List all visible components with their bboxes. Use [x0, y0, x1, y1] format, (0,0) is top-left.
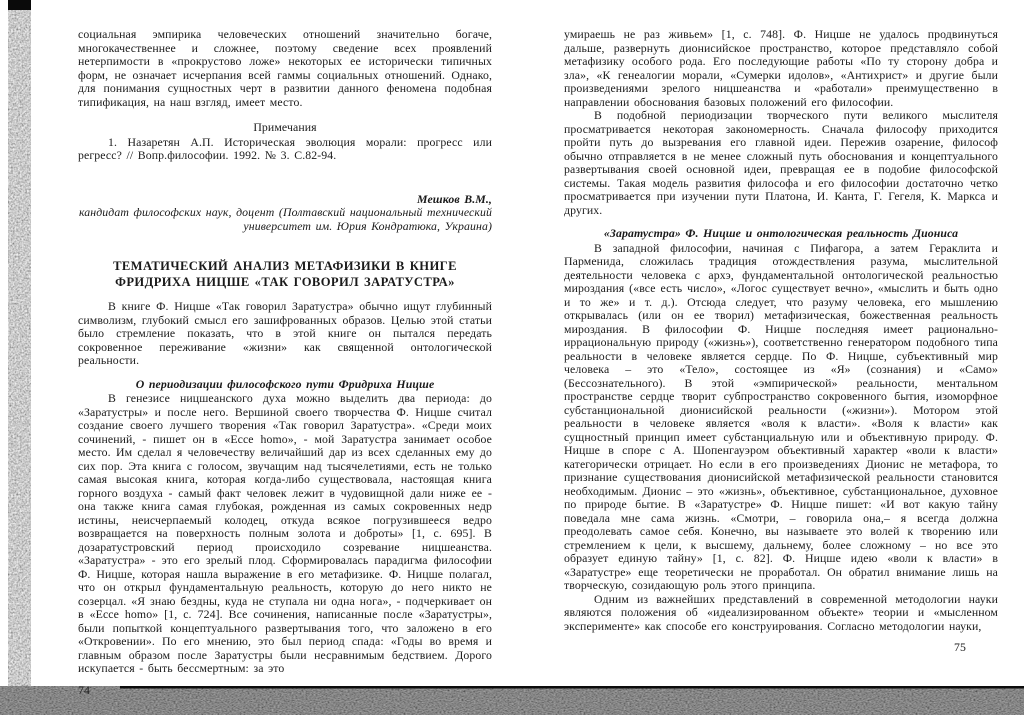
right-page: умираешь не раз живьем» [1, с. 748]. Ф. … — [564, 28, 998, 655]
scan-binding-edge-left — [8, 0, 31, 694]
author-affiliation: кандидат философских наук, доцент (Полта… — [78, 206, 492, 233]
right-paragraph-3: В западной философии, начиная с Пифагора… — [564, 242, 998, 593]
article-title: ТЕМАТИЧЕСКИЙ АНАЛИЗ МЕТАФИЗИКИ В КНИГЕ Ф… — [78, 259, 492, 290]
notes-heading: Примечания — [78, 121, 492, 135]
author-name: Мешков В.М., — [78, 193, 492, 207]
byline-block: Мешков В.М., кандидат философских наук, … — [78, 193, 492, 234]
intro-paragraph: социальная эмпирика человеческих отношен… — [78, 28, 492, 109]
right-paragraph-1: умираешь не раз живьем» [1, с. 748]. Ф. … — [564, 28, 998, 109]
left-page: социальная эмпирика человеческих отношен… — [78, 28, 492, 697]
article-abstract: В книге Ф. Ницше «Так говорил Заратустра… — [78, 300, 492, 368]
right-paragraph-2: В подобной периодизации творческого пути… — [564, 109, 998, 217]
scanned-book-spread: социальная эмпирика человеческих отношен… — [0, 0, 1024, 724]
reference-item: 1. Назаретян А.П. Историческая эволюция … — [78, 136, 492, 163]
section-heading-periodization: О периодизации философского пути Фридрих… — [78, 378, 492, 392]
page-number-75: 75 — [564, 641, 998, 655]
right-paragraph-4: Одним из важнейших представлений в совре… — [564, 593, 998, 634]
body-paragraph-left: В генезисе ницшеанского духа можно выдел… — [78, 392, 492, 676]
section-heading-zarathustra-dionysus: «Заратустра» Ф. Ницше и онтологическая р… — [564, 227, 998, 241]
page-number-74: 74 — [78, 684, 492, 698]
